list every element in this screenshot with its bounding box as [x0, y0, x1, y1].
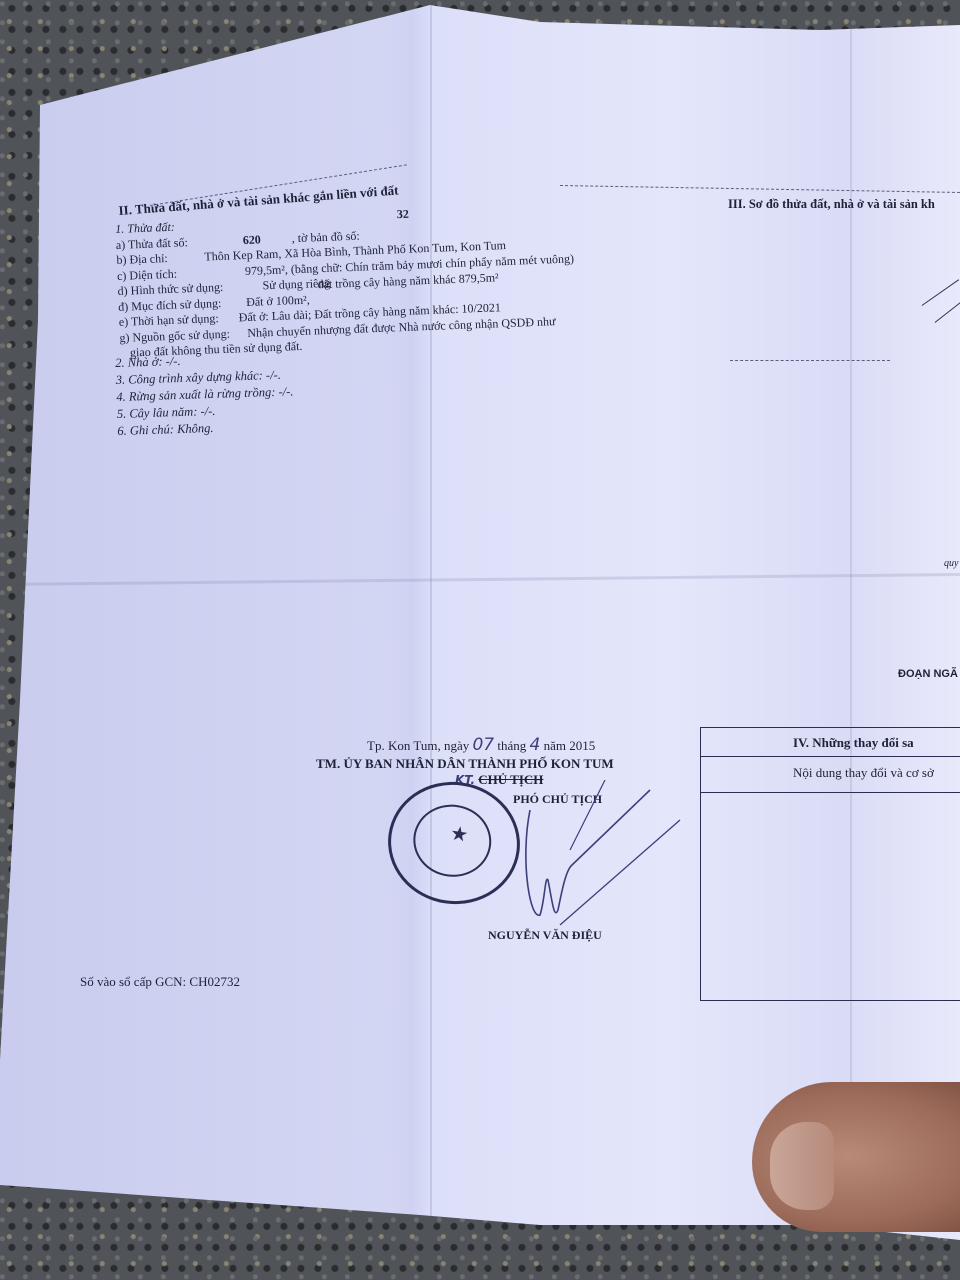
issue-date-line: Tp. Kon Tum, ngày 07 tháng 4 năm 2015	[367, 735, 595, 755]
section-3-partial-text: quy	[944, 558, 958, 569]
thumbnail	[770, 1122, 834, 1210]
year-label: năm	[544, 738, 566, 753]
map-boundary-line	[935, 301, 960, 324]
signer-name: NGUYỄN VĂN ĐIỆU	[488, 928, 602, 943]
registry-number-line: Số vào sổ cấp GCN: CH02732	[80, 974, 240, 990]
issue-month: 4	[530, 735, 541, 755]
registry-label: Số vào sổ cấp GCN:	[80, 974, 186, 989]
fold-crease-horizontal	[0, 573, 960, 586]
place-prefix: Tp. Kon Tum, ngày	[367, 738, 469, 753]
map-boundary-line	[922, 279, 960, 306]
section-4-title: IV. Những thay đổi sa	[793, 735, 914, 751]
registry-value: CH02732	[189, 974, 240, 989]
parcel-heading: 1. Thửa đất:	[115, 220, 175, 236]
column-header-change-content: Nội dung thay đổi và cơ sở	[793, 765, 934, 781]
area-label: c) Diện tích:	[117, 266, 177, 282]
changes-table: IV. Những thay đổi sa Nội dung thay đổi …	[700, 727, 960, 1001]
issuing-organization: TM. ỦY BAN NHÂN DÂN THÀNH PHỐ KON TUM	[316, 756, 614, 772]
road-edge-label: ĐOẠN NGÃ	[898, 668, 958, 680]
address-label: b) Địa chỉ:	[116, 251, 168, 267]
parcel-number-label: a) Thửa đất số:	[116, 235, 188, 252]
map-sheet-number: 32	[397, 207, 410, 223]
changes-table-header-row: Nội dung thay đổi và cơ sở	[701, 756, 960, 793]
map-dashed-line	[730, 360, 890, 361]
seal-emblem: ★	[409, 800, 496, 882]
other-assets-list: 2. Nhà ở: -/-. 3. Công trình xây dựng kh…	[115, 349, 295, 440]
changes-table-title-row: IV. Những thay đổi sa	[701, 728, 960, 757]
issue-day: 07	[472, 735, 494, 755]
issue-year: 2015	[569, 738, 595, 753]
parcel-details: 1. Thửa đất: 32 a) Thửa đất số: 620 , tờ…	[115, 215, 303, 361]
parcel-number: 620	[243, 232, 262, 248]
section-3-title: III. Sơ đồ thửa đất, nhà ở và tài sản kh	[728, 197, 935, 212]
fold-crease-vertical	[430, 0, 432, 1230]
star-icon: ★	[449, 821, 470, 848]
handwritten-signature	[500, 780, 700, 950]
month-label: tháng	[497, 738, 526, 753]
top-dashed-line-right	[560, 185, 960, 193]
holding-thumb	[752, 1082, 960, 1232]
